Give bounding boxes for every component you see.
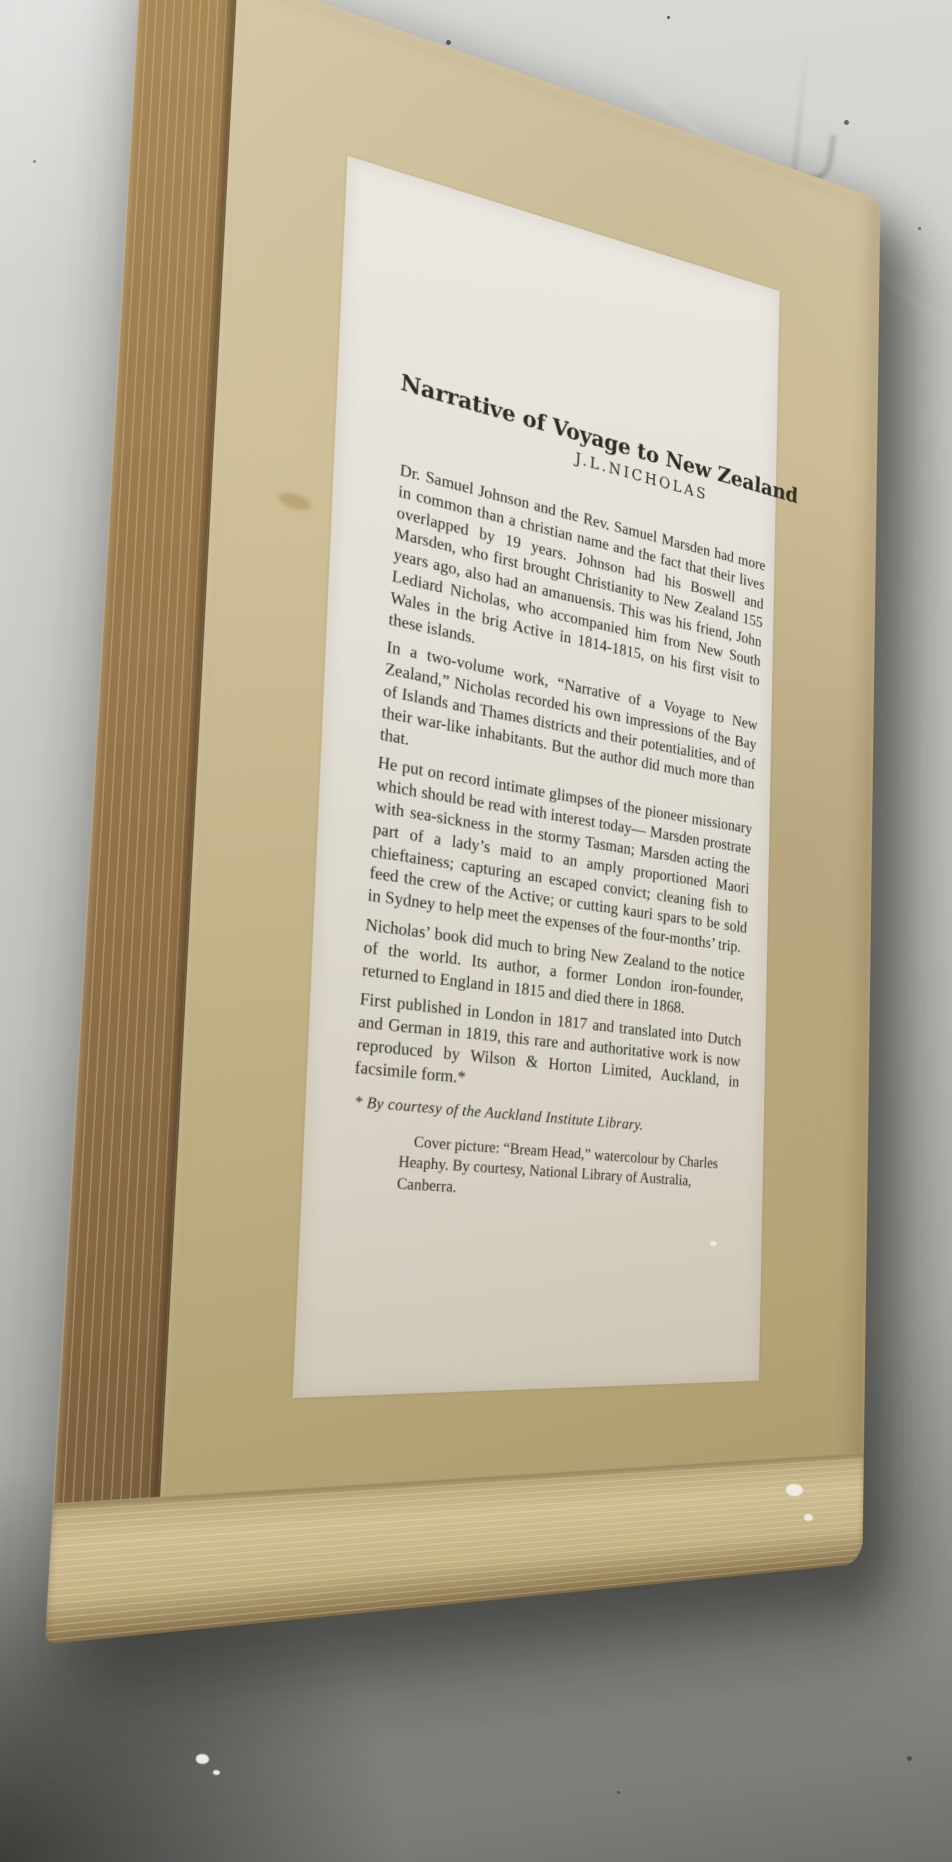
cover-wear-chip [786,1484,803,1496]
dust-specks [0,0,3,3]
blurb: Dr. Samuel Johnson and the Rev. Samuel M… [354,459,766,1112]
back-cover-printed-panel: Narrative of Voyage to New Zealand J.L.N… [293,156,780,1398]
cover-wear-chip [710,1241,717,1246]
cover-wear-chip [196,1754,209,1764]
cover-wear-chip [213,1770,220,1775]
photo-scene: Narrative of Voyage to New Zealand J.L.N… [0,0,952,1862]
cover-wear-chip [804,1514,813,1521]
paperback-book-back-cover: Narrative of Voyage to New Zealand J.L.N… [45,0,881,1644]
back-cover-text-block: Narrative of Voyage to New Zealand J.L.N… [279,157,801,1389]
cover-picture-credit: Cover picture: “Bream Head,” watercolour… [345,1127,735,1214]
